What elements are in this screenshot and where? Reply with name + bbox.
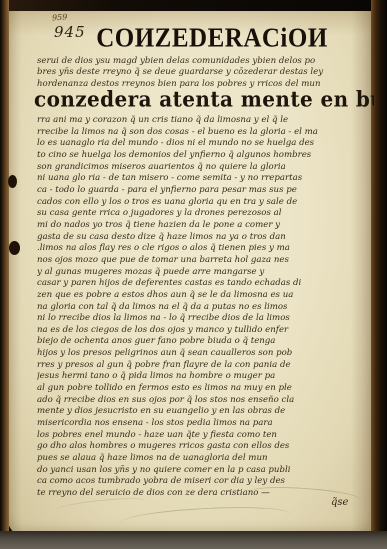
text-line: al gun pobre tollido en fermos esto es l…	[37, 383, 371, 395]
header-line: serui de dios ysu magd ybien delas comun…	[37, 56, 369, 67]
header-line: bres yn̄s deste rreyno q̃ se deue guarda…	[37, 67, 369, 78]
text-line: biejo de ochenta anos guer fano pobre bi…	[37, 336, 371, 348]
text-line: cados con ello y los o tros es uana glor…	[37, 197, 371, 209]
text-line: rrecibe la limos na q̃ son dos cosas - e…	[37, 127, 371, 139]
text-line: mente y dios jesucristo en su euangelio …	[37, 406, 371, 418]
text-line: ado q̃ rrecibe dios en sus ojos por q̃ l…	[37, 395, 371, 407]
text-line: gasta de su casa desto dize q̃ haze limo…	[37, 232, 371, 244]
book-spine-edge	[0, 0, 9, 549]
page-gutter-edge	[371, 0, 387, 549]
text-line: pues se alaua q̃ haze limos na de uanagl…	[37, 453, 371, 465]
text-line: hijos y los presos peligrinos aun q̃ sea…	[37, 348, 371, 360]
page-title: COИZEDERACiOИ	[62, 24, 362, 54]
text-line: misericordia nos ensena - los stos pedia…	[37, 418, 371, 430]
section-heading: conzedera atenta mente en bues	[34, 86, 374, 111]
ink-blot	[9, 241, 20, 255]
text-line: su casa gente rrica o jugadores y la dro…	[37, 208, 371, 220]
text-line: jesus hermi tano o q̃ pida limos na homb…	[37, 371, 371, 383]
text-line: rres y presos al gun q̃ pobre fran flayr…	[37, 360, 371, 372]
body-text: rra ani ma y corazon q̃ un cris tiano q̃…	[37, 115, 371, 500]
text-line: go dho alos hombres o mugeres rricos gas…	[37, 441, 371, 453]
text-line: ni uana glo ria - de tan misero - come s…	[37, 173, 371, 185]
text-line: nos ojos mozo que pue de tomar una barre…	[37, 255, 371, 267]
photo-edge-top	[0, 0, 387, 11]
text-line: y al gunas mugeres mozas q̃ puede arre m…	[37, 267, 371, 279]
manuscript-photo: 959 945 COИZEDERACiOИ serui de dios ysu …	[0, 0, 387, 549]
text-line: los pobres enel mundo - haze uan q̃te y …	[37, 430, 371, 442]
text-line: mi do nados yo tros q̃ tiene hazien da l…	[37, 220, 371, 232]
text-line: ni lo rrecibe dios la limos na - lo q̃ r…	[37, 313, 371, 325]
text-line: rra ani ma y corazon q̃ un cris tiano q̃…	[37, 115, 371, 127]
text-line: to cino se huelga los demonios del ynfie…	[37, 150, 371, 162]
text-line: casar y paren hijos de deferentes castas…	[37, 278, 371, 290]
text-line: te rreyno del seruicio de dios con ze de…	[37, 488, 371, 500]
text-line: na es de los ciegos de los dos ojos y ma…	[37, 325, 371, 337]
text-line: lo es uanaglo ria del mundo - dios ni el…	[37, 138, 371, 150]
text-line: na gloria con tal q̃ da limos na el q̃ d…	[37, 302, 371, 314]
text-line: ca - todo lo guarda - para el ynfierno p…	[37, 185, 371, 197]
catchword: q̃se	[331, 497, 348, 508]
text-line: ca como acos tumbrado yobra de miseri co…	[37, 476, 371, 488]
text-line: .limos na alos flay res o cle rigos o al…	[37, 243, 371, 255]
ink-blot	[8, 175, 17, 188]
text-line: zen que es pobre a estos dhos aun q̃ se …	[37, 290, 371, 302]
text-line: do yanci usan los yn̄s y no quiere comer…	[37, 465, 371, 477]
page-bottom-shadow	[0, 531, 387, 549]
folio-number-secondary: 959	[52, 12, 68, 22]
text-line: son grandicimos miseros auarientos q̃ no…	[37, 162, 371, 174]
